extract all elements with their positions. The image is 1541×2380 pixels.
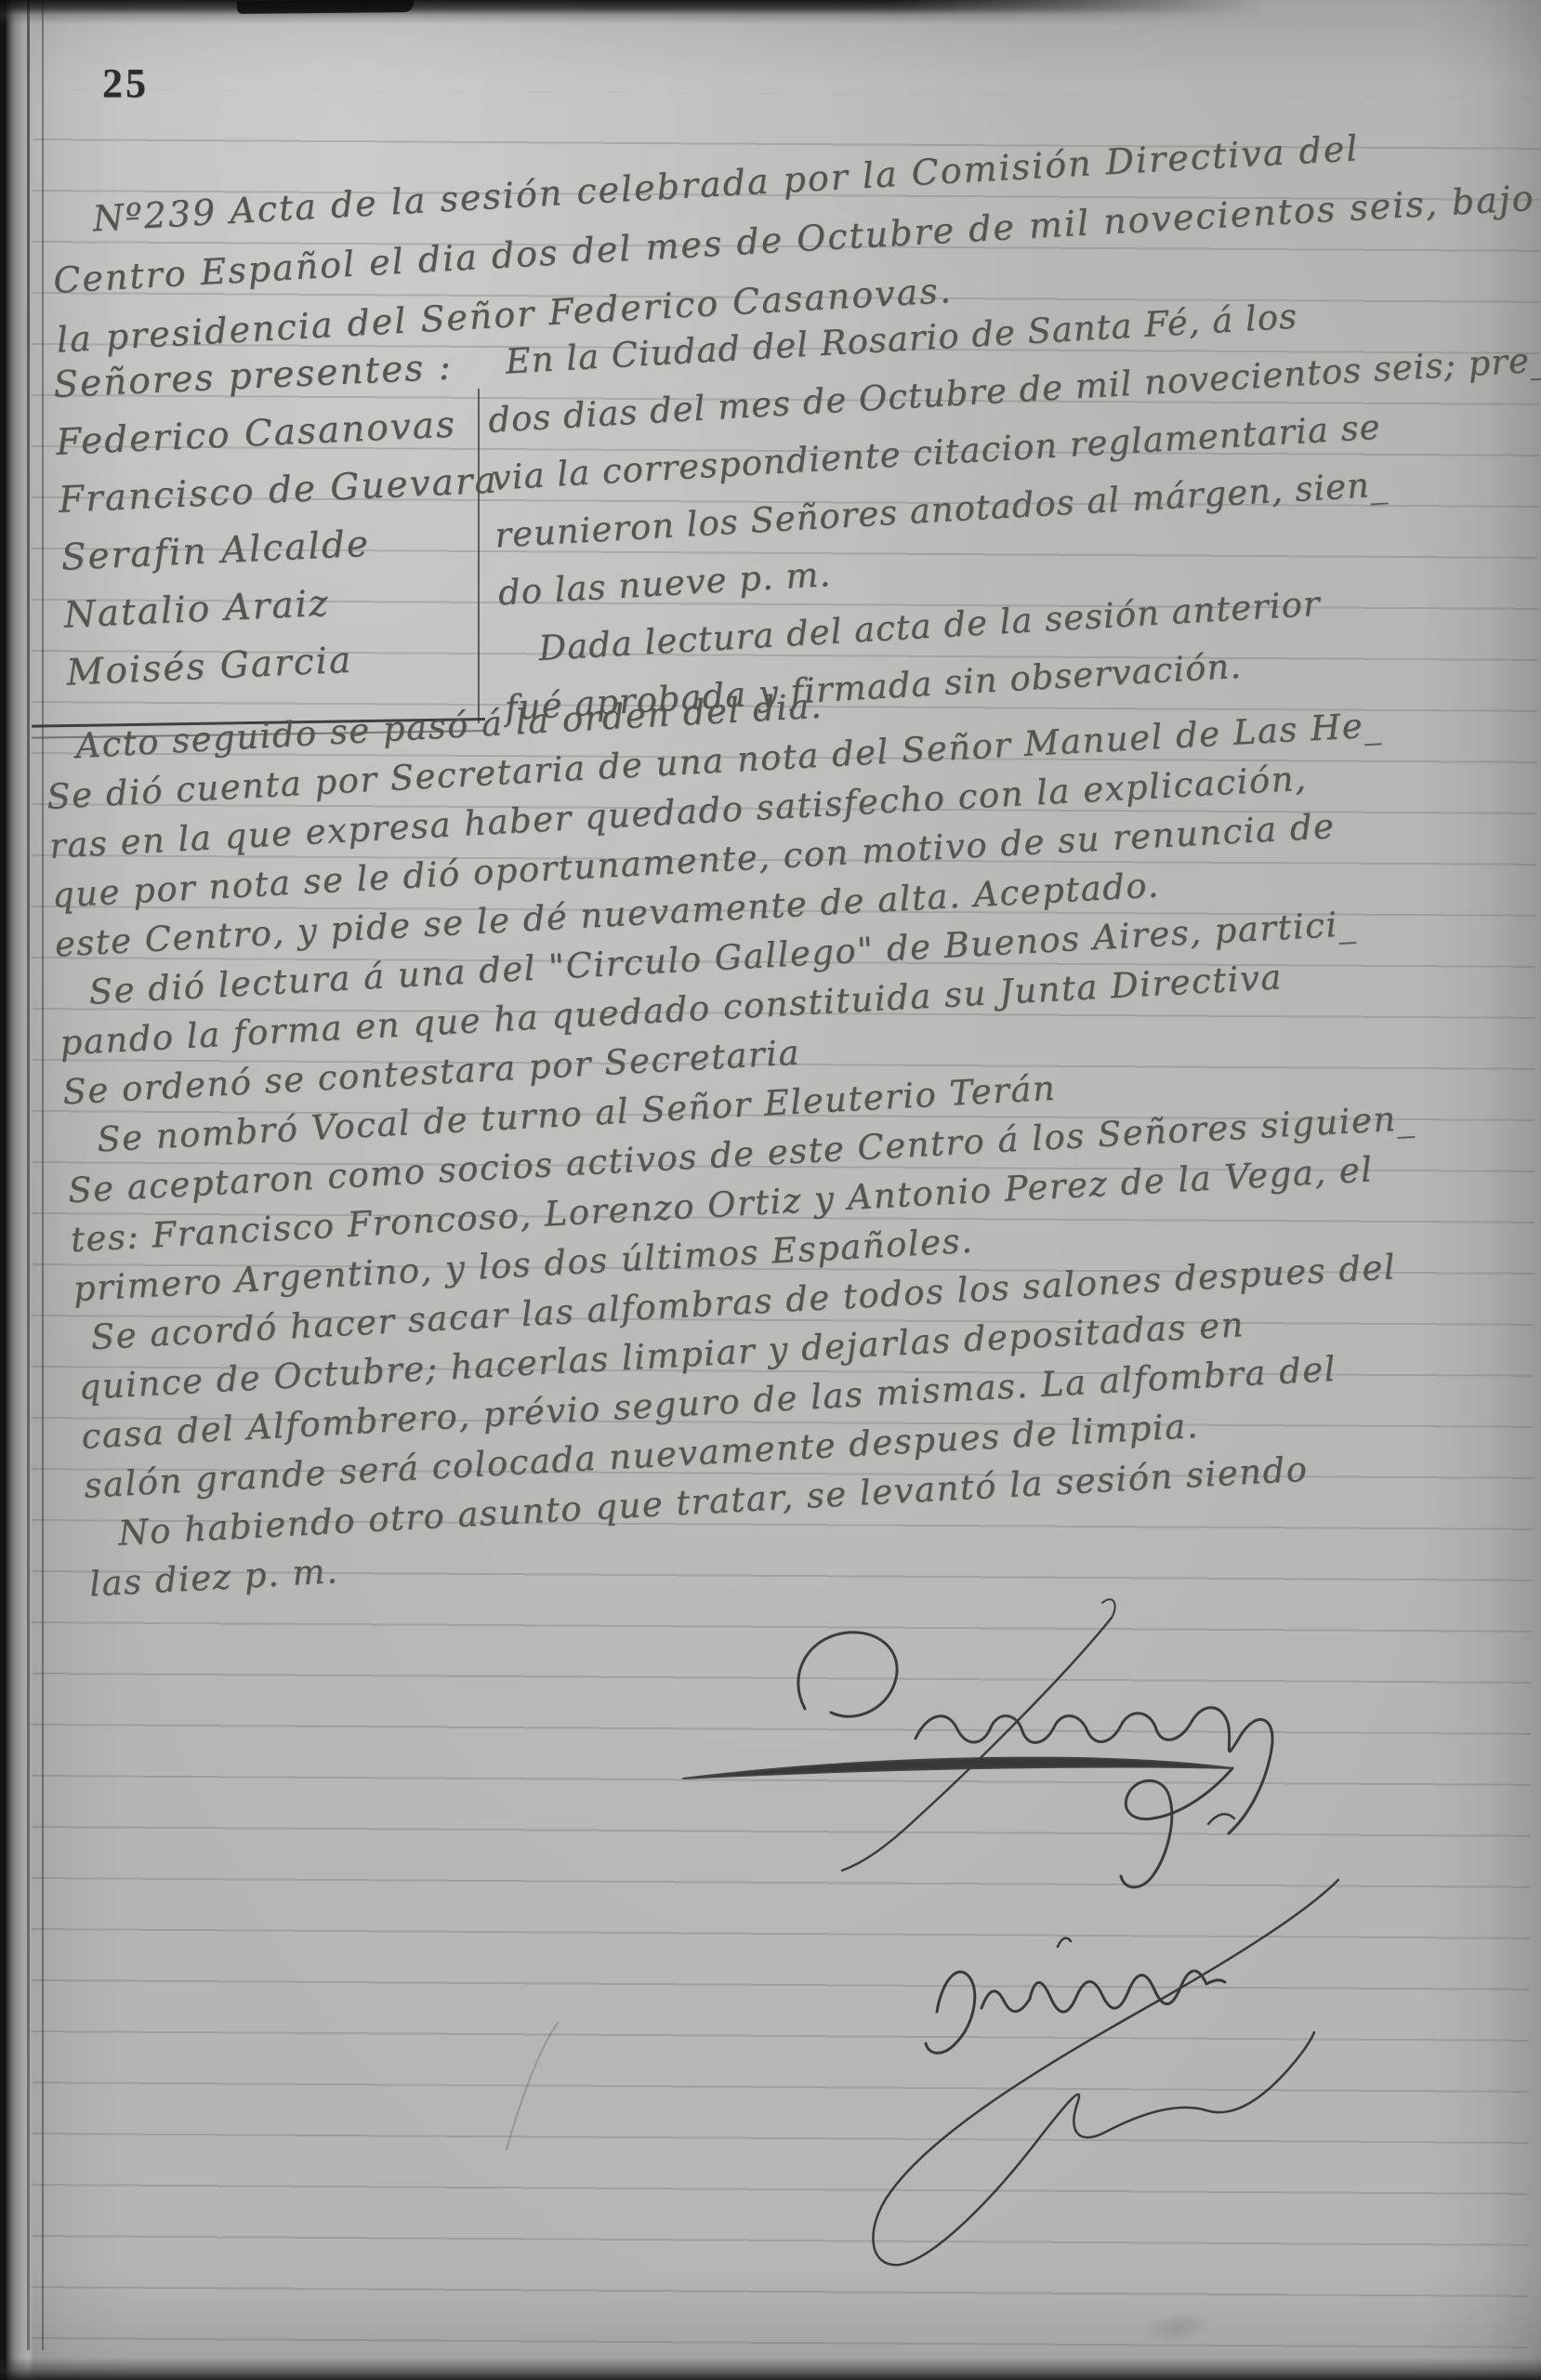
scanned-minutes-page: { "page_number": "25", "act": { "heading… [0,0,1541,2380]
page-number: 25 [102,59,149,107]
minutes-body: Acto seguido se pasó á la orden del dia.… [43,651,1438,1609]
top-page-edge-shadow [237,0,414,14]
top-page-edge-shadow [0,0,1541,28]
attendees-margin-list: Señores presentes : Federico Casanovas F… [52,337,507,703]
page-edge-line [42,0,44,2350]
page-edge-line [27,0,30,2350]
bottom-page-edge-shadow [0,2356,1541,2380]
